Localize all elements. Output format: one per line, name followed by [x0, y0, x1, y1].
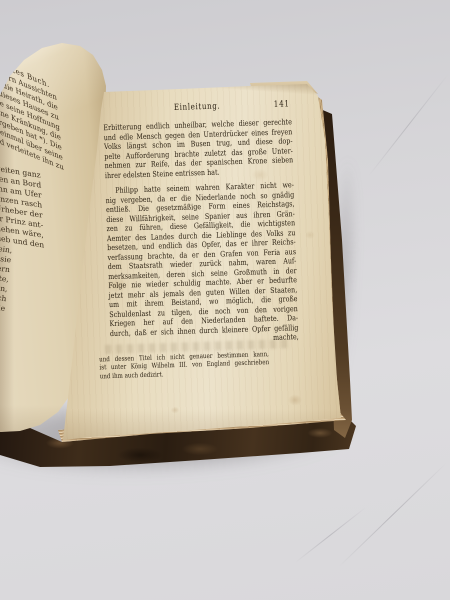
backdrop-scratch: [368, 73, 449, 176]
left-page-lines-middle: Philipp den zweiten ganzzu Vlissingen an…: [0, 156, 44, 251]
left-page-lines-bottom: gethan. Nein,nd ergriff und sieten, sond…: [0, 238, 13, 314]
page-number: 141: [274, 99, 290, 110]
chapter-running-head: Einleitung.: [174, 102, 221, 113]
backdrop-scratch: [295, 507, 367, 563]
left-page-lines-top: en zu kühnern Aussichtentrieb er die Hei…: [0, 50, 64, 173]
right-page-text: Einleitung. 141 Erbitterung endlich unhe…: [103, 99, 312, 380]
footnote: und dessen Titel ich nicht genauer besti…: [99, 350, 269, 381]
photo-of-open-book: Erstes Buch. en zu kühnern Aussichtentri…: [0, 0, 450, 600]
paragraph-1: Erbitterung endlich unheilbar, welche di…: [103, 117, 293, 180]
right-page: Einleitung. 141 Erbitterung endlich unhe…: [55, 80, 355, 445]
paragraph-2: Philipp hatte seinem wahren Karakter nic…: [105, 180, 298, 338]
left-page-text-top: Erstes Buch. en zu kühnern Aussichtentri…: [0, 39, 95, 109]
